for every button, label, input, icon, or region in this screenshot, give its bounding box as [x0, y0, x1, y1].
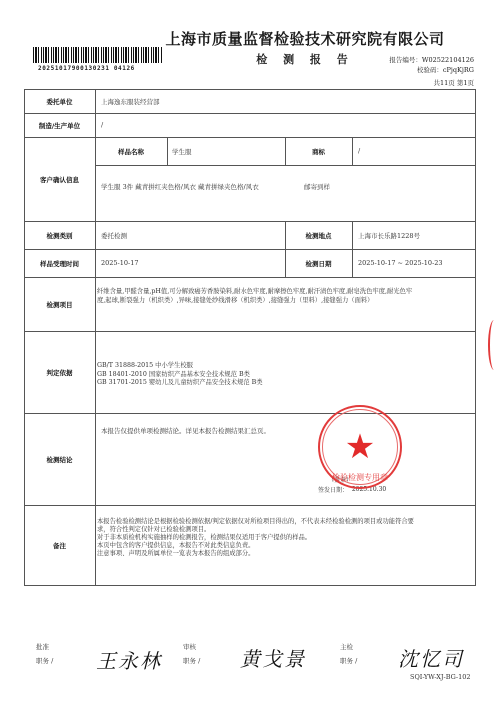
receipt-time-label: 样品受理时间	[24, 249, 95, 277]
client-value: 上海逸东服装经营部	[101, 89, 160, 113]
client-label: 委托单位	[24, 89, 95, 113]
remarks-line: 对于非本质检机构实施抽样的检测报告，检测结果仅适用于客户提供的样品。	[97, 534, 473, 542]
remarks-line: 注意事项、声明及所属单位一览表为本报告的组成部分。	[97, 550, 473, 558]
report-number-value: W02522104126	[422, 56, 474, 64]
divider	[95, 165, 476, 166]
page-info: 共11页 第1页	[434, 78, 474, 88]
manufacturer-label: 制造/生产单位	[24, 113, 95, 137]
verify-code: 校验码：cPjqKjRG	[417, 65, 474, 75]
chief-inspector-title: 职务 /	[340, 654, 357, 668]
receipt-time-value: 2025-10-17	[101, 249, 138, 277]
basis-line: GB 31701-2015 婴幼儿及儿童纺织产品安全技术规范 B类	[97, 379, 473, 388]
verify-code-value: cPjqKjRG	[443, 66, 474, 74]
seal-text: 检验检测专用章	[332, 472, 388, 483]
chief-inspector-block: 主检 职务 /	[340, 640, 357, 668]
form-code: SQI-YW-XJ-BG-102	[410, 673, 471, 681]
report-number-label: 报告编号：	[389, 56, 422, 64]
basis-value: GB/T 31888-2015 中小学生校服 GB 18401-2010 国家纺…	[97, 362, 473, 388]
barcode-number: 20251017900130231 04126	[38, 65, 135, 72]
sample-delivery: 邮寄到样	[304, 180, 330, 192]
conclusion-text: 本报告仅提供单项检测结论。详见本报告检测结果汇总页。	[101, 424, 270, 436]
test-date-value: 2025-10-17 ~ 2025-10-23	[358, 249, 443, 277]
test-items-line: 纤维含量,甲醛含量,pH值,可分解致癌芳香胺染料,耐水色牢度,耐摩擦色牢度,耐汗…	[97, 288, 473, 297]
divider	[352, 137, 353, 165]
perforation-seal-mark	[488, 320, 500, 370]
reviewer-signature: 黄戈景	[240, 643, 306, 672]
basis-label: 判定依据	[24, 331, 95, 413]
chief-inspector-signature: 沈忆司	[398, 643, 464, 672]
reviewer-label: 审核	[183, 640, 200, 654]
test-items-line: 度,起球,断裂强力（机织类）,异味,接缝处纱线滑移（机织类）,接缝强力（里料）,…	[97, 297, 473, 306]
manufacturer-value: /	[101, 113, 103, 137]
test-location-label: 检测地点	[285, 221, 352, 249]
barcode-icon	[33, 47, 163, 63]
remarks-line: 求，符合性判定仅针对已检验检测项目。	[97, 526, 473, 534]
trademark-label: 商标	[285, 137, 352, 165]
sample-description: 学生服 3件 藏青拼红夹色格/风衣 藏青拼绿夹色格/风衣	[101, 180, 259, 192]
divider	[352, 221, 353, 277]
trademark-value: /	[358, 137, 360, 165]
remarks-label: 备注	[24, 505, 95, 586]
chief-inspector-label: 主检	[340, 640, 357, 654]
remarks-line: 本报告检验检测结论是根据检验检测依据/判定依据仅对所检项目得出的，不代表未经检验…	[97, 518, 473, 526]
test-category-value: 委托检测	[101, 221, 127, 249]
sample-name-value: 学生服	[172, 137, 192, 165]
test-date-label: 检测日期	[285, 249, 352, 277]
remarks-value: 本报告检验检测结论是根据检验检测依据/判定依据仅对所检项目得出的，不代表未经检验…	[97, 518, 473, 558]
organization-name: 上海市质量监督检验技术研究院有限公司	[0, 28, 500, 49]
reviewer-block: 审核 职务 /	[183, 640, 200, 668]
star-icon: ★	[340, 428, 380, 466]
customer-info-label: 客户确认信息	[24, 137, 95, 221]
verify-code-label: 校验码：	[417, 66, 443, 74]
approver-title: 职务 /	[36, 654, 53, 668]
test-items-value: 纤维含量,甲醛含量,pH值,可分解致癌芳香胺染料,耐水色牢度,耐摩擦色牢度,耐汗…	[97, 288, 473, 305]
test-location-value: 上海市长乐路1228号	[358, 221, 420, 249]
sample-name-label: 样品名称	[95, 137, 167, 165]
basis-line: GB 18401-2010 国家纺织产品基本安全技术规范 B类	[97, 371, 473, 380]
approver-block: 批准 职务 /	[36, 640, 53, 668]
report-number: 报告编号：W02522104126	[389, 55, 474, 65]
conclusion-label: 检测结论	[24, 413, 95, 505]
basis-line: GB/T 31888-2015 中小学生校服	[97, 362, 473, 371]
remarks-line: 本页中包含的客户提供信息，本报告不对此类信息负责。	[97, 542, 473, 550]
reviewer-title: 职务 /	[183, 654, 200, 668]
approver-signature: 王永林	[96, 645, 162, 674]
approver-label: 批准	[36, 640, 53, 654]
divider	[167, 137, 168, 165]
test-category-label: 检测类别	[24, 221, 95, 249]
test-items-label: 检测项目	[24, 277, 95, 331]
